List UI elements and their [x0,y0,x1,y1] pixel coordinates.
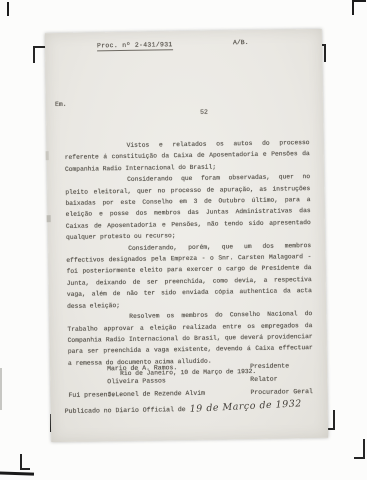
scan-smudge-left [0,368,2,410]
signatory-role: Relator [250,373,278,387]
paper-edge-nick [46,151,49,160]
signature-block: Mario de A. Ramos. Presidente Oliveira P… [68,359,320,403]
signatory-name: Oliveira Passos [107,375,166,389]
process-reference: Proc. nº 2-431/931 [97,41,173,51]
margin-note: Em. [55,101,67,108]
body-paragraph: Considerando que foram observadas, quer … [65,171,311,243]
paper-edge-nick [47,215,51,222]
album-edge-mark-top-left [7,2,9,16]
album-corner-mark-bottom-left [20,454,30,470]
publication-line: Publicado no Diario Official de 19 de Ma… [65,401,302,416]
handwritten-date: 19 de Março de 1932 [189,398,302,415]
typewritten-page: Proc. nº 2-431/931 A/B. Em. 52 Vistos e … [45,29,328,442]
album-corner-mark-bottom-right [354,439,365,459]
body-paragraph: Considerando, porém, que um dos membros … [66,240,312,312]
document-body: Vistos e relatados os autos do processo … [64,137,313,380]
publication-label: Publicado no Diario Official de [65,406,186,415]
page-number: 52 [200,109,208,116]
photo-corner-mark-top-right [352,0,366,15]
signatory-role: Presidente [250,359,289,373]
scanned-document-photo: { "document": { "header": { "process_ref… [0,0,367,480]
signatory-name: Mario de A. Ramos. [107,361,177,375]
signatory-name: J.Leonel de Rezende Alvim [107,387,205,402]
album-edge-line-bottom-left [0,471,34,475]
signatory-role: Procurador Geral [250,385,313,399]
clerk-initials: A/B. [233,39,249,46]
body-paragraph: Vistos e relatados os autos do processo … [64,137,310,175]
